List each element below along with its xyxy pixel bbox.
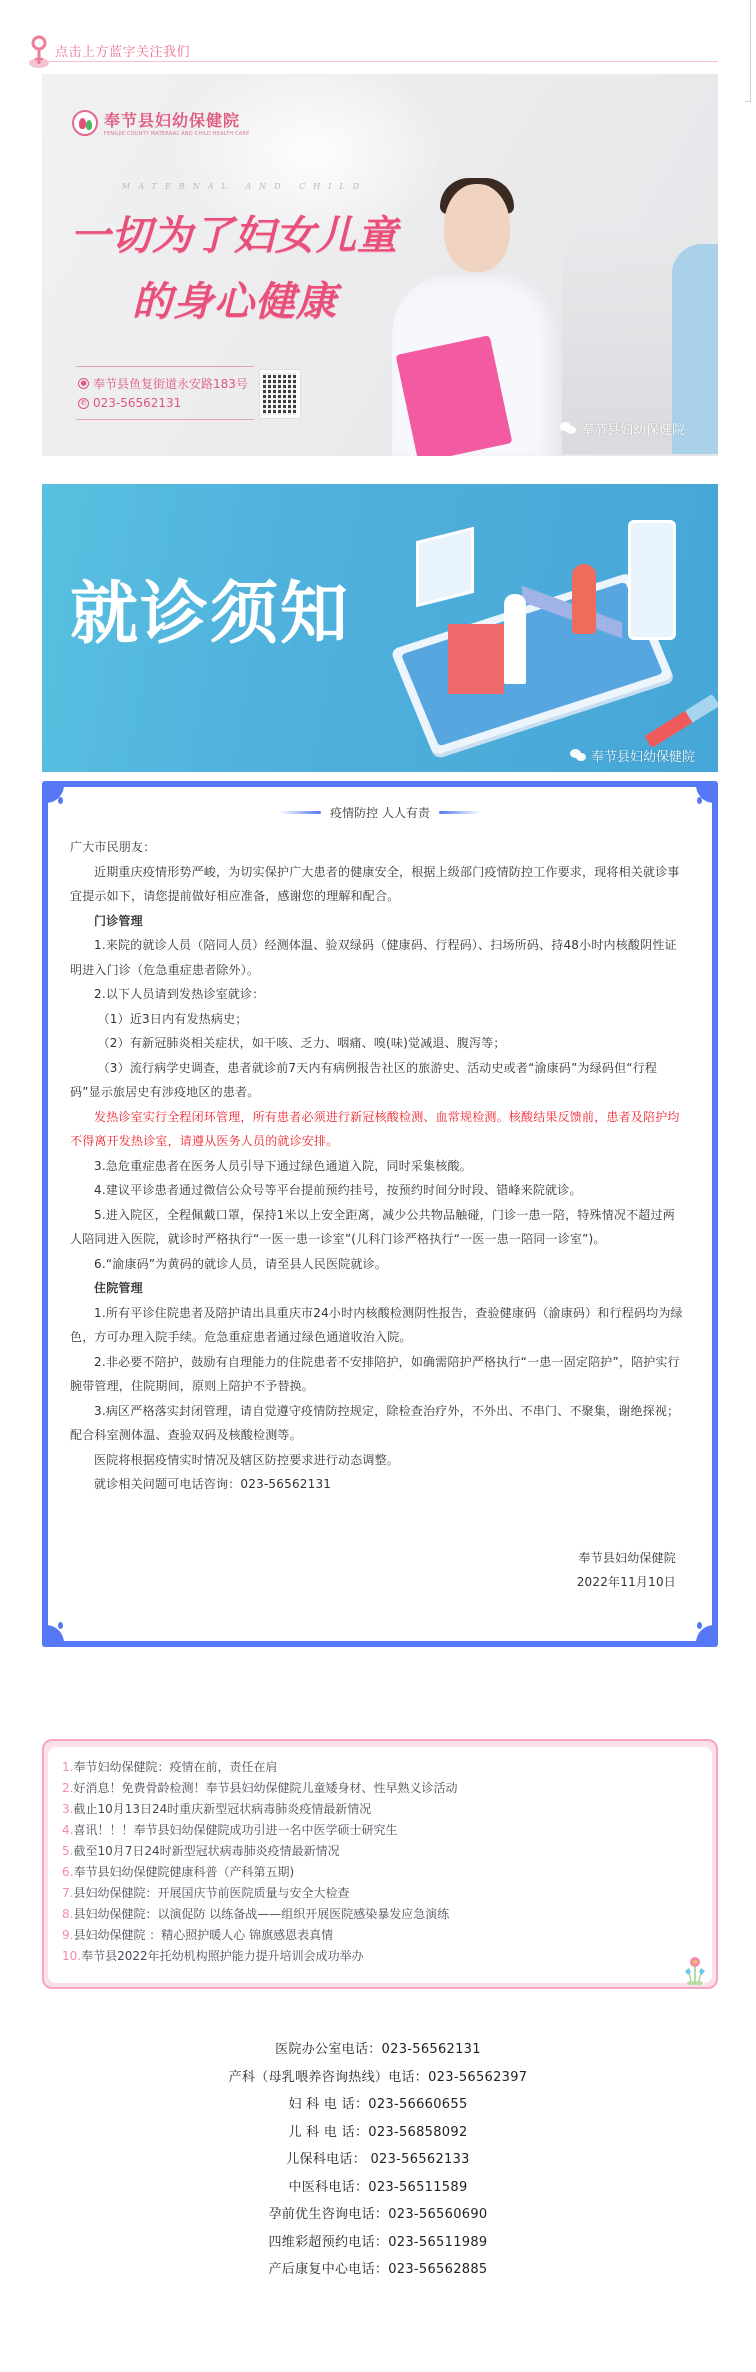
article-link[interactable]: 7.县妇幼保健院：开展国庆节前医院质量与安全大检查: [62, 1883, 712, 1904]
tagline-en: MATERNAL AND CHILD: [122, 182, 367, 191]
monitor-panel: [416, 527, 474, 607]
article-title[interactable]: 县妇幼保健院 ：精心照护暖人心 锦旗感恩表真情: [73, 1928, 333, 1942]
hero-banner: 奉节县妇幼保健院 FENGJIE COUNTY MATERNAL AND CHI…: [42, 74, 718, 456]
dot-decoration: [697, 1622, 702, 1629]
article-number: 8.: [62, 1907, 73, 1921]
page-scrollbar[interactable]: [750, 0, 751, 102]
dot-decoration: [58, 1622, 63, 1629]
follow-text[interactable]: 点击上方蓝字关注我们: [55, 41, 190, 60]
signature: 奉节县妇幼保健院: [70, 1546, 684, 1571]
medicine-cabinet: [448, 624, 504, 694]
outpatient-rule-6: 6.“渝康码”为黄码的就诊人员，请至县人民医院就诊。: [70, 1252, 684, 1277]
logo-name-cn: 奉节县妇幼保健院: [104, 108, 249, 131]
hospital-phone: 023-56562131: [93, 396, 181, 410]
article-title[interactable]: 奉节县2022年托幼机构照护能力提升培训会成功举办: [81, 1949, 364, 1963]
clinic-illustration: [412, 524, 712, 754]
outpatient-rule-3: 3.急危重症患者在医务人员引导下通过绿色通道入院，同时采集核酸。: [70, 1154, 684, 1179]
article-link[interactable]: 8.县妇幼保健院：以演促防 以练备战——组织开展医院感染暴发应急演练: [62, 1904, 712, 1925]
contact-obstetrics: 产科（母乳喂养咨询热线）电话：023-56562397: [0, 2064, 756, 2092]
outpatient-rule-2: 2.以下人员请到发热诊室就诊：: [70, 982, 684, 1007]
follow-prompt[interactable]: 点击上方蓝字关注我们: [29, 34, 718, 72]
article-title[interactable]: 县妇幼保健院：开展国庆节前医院质量与安全大检查: [73, 1886, 349, 1900]
qr-code: [260, 370, 300, 418]
article-title[interactable]: 县妇幼保健院：以演促防 以练备战——组织开展医院感染暴发应急演练: [73, 1907, 449, 1921]
flower-icon: [682, 1955, 708, 1985]
outpatient-rule-2b: （2）有新冠肺炎相关症状，如干咳、乏力、咽痛、嗅(味)觉减退、腹泻等；: [70, 1031, 684, 1056]
article-title[interactable]: 截至10月7日24时新型冠状病毒肺炎疫情最新情况: [73, 1844, 339, 1858]
dot-decoration: [58, 797, 63, 804]
contact-child-health: 儿保科电话： 023-56562133: [0, 2146, 756, 2174]
article-link[interactable]: 4.喜讯！！！奉节县妇幼保健院成功引进一名中医学硕士研究生: [62, 1820, 712, 1841]
article-number: 3.: [62, 1802, 73, 1816]
outpatient-rule-4: 4.建议平诊患者通过微信公众号等平台提前预约挂号，按预约时间分时段、错峰来院就诊…: [70, 1178, 684, 1203]
contact-office: 医院办公室电话：023-56562131: [0, 2036, 756, 2064]
article-title[interactable]: 喜讯！！！奉节县妇幼保健院成功引进一名中医学硕士研究生: [73, 1823, 397, 1837]
notice-card: 疫情防控 人人有责 广大市民朋友： 近期重庆疫情形势严峻，为切实保护广大患者的健…: [42, 781, 718, 1647]
notice-banner: 就诊须知 奉节县妇幼保健院: [42, 484, 718, 772]
watermark-text: 奉节县妇幼保健院: [581, 419, 685, 438]
outpatient-rule-2c: （3）流行病学史调查，患者就诊前7天内有病例报告社区的旅游史、活动史或者“渝康码…: [70, 1056, 684, 1105]
notice-date: 2022年11月10日: [70, 1570, 684, 1595]
syringe-icon: [644, 694, 718, 748]
article-link[interactable]: 5.截至10月7日24时新型冠状病毒肺炎疫情最新情况: [62, 1841, 712, 1862]
wechat-watermark: 奉节县妇幼保健院: [570, 746, 695, 765]
inpatient-rule-3: 3.病区严格落实封闭管理，请自觉遵守疫情防控规定，除检查治疗外，不外出、不串门、…: [70, 1399, 684, 1448]
hero-photo: [372, 184, 718, 456]
article-number: 1.: [62, 1760, 73, 1774]
contact-info: ● 奉节县鱼复街道永安路183号 ✆ 023-56562131: [76, 366, 254, 420]
inpatient-rule-2: 2.非必要不陪护，鼓励有自理能力的住院患者不安排陪护，如确需陪护严格执行“一患一…: [70, 1350, 684, 1399]
location-pin-icon: ●: [78, 378, 89, 389]
article-title[interactable]: 截止10月13日24时重庆新型冠状病毒肺炎疫情最新情况: [73, 1802, 371, 1816]
outpatient-rule-5: 5.进入院区，全程佩戴口罩，保持1米以上安全距离，减少公共物品触碰，门诊一患一陪…: [70, 1203, 684, 1252]
phone-icon: ✆: [78, 398, 89, 409]
heading-bar-left: [279, 811, 321, 814]
article-number: 5.: [62, 1844, 73, 1858]
heading-bar-right: [439, 811, 481, 814]
female-symbol-icon: [29, 34, 51, 68]
greeting: 广大市民朋友：: [70, 835, 684, 860]
dot-decoration: [697, 797, 702, 804]
article-title[interactable]: 奉节县妇幼保健院健康科普（产科第五期): [73, 1865, 294, 1879]
outpatient-rule-1: 1.来院的就诊人员（陪同人员）经测体温、验双绿码（健康码、行程码）、扫场所码、持…: [70, 933, 684, 982]
notice-body: 广大市民朋友： 近期重庆疫情形势严峻，为切实保护广大患者的健康安全，根据上级部门…: [70, 835, 684, 1595]
article-link[interactable]: 6.奉节县妇幼保健院健康科普（产科第五期): [62, 1862, 712, 1883]
hospital-logo: 奉节县妇幼保健院 FENGJIE COUNTY MATERNAL AND CHI…: [72, 108, 249, 137]
related-articles: 1.奉节妇幼保健院：疫情在前，责任在肩 2.好消息！免费骨龄检测！奉节县妇幼保健…: [42, 1739, 718, 1989]
watermark-text: 奉节县妇幼保健院: [591, 746, 695, 765]
contact-gynecology: 妇 科 电 话：023-56660655: [0, 2091, 756, 2119]
fever-clinic-warning: 发热诊室实行全程闭环管理，所有患者必须进行新冠核酸检测、血常规检测。核酸结果反馈…: [70, 1105, 684, 1154]
slogan-line-1: 一切为了妇女儿童: [70, 204, 398, 261]
wechat-icon: [570, 749, 588, 763]
notice-banner-title: 就诊须知: [70, 560, 350, 657]
article-link[interactable]: 1.奉节妇幼保健院：疫情在前，责任在肩: [62, 1757, 712, 1778]
notice-heading-text: 疫情防控 人人有责: [330, 804, 430, 821]
body-scan-panel: [628, 520, 676, 640]
intro-paragraph: 近期重庆疫情形势严峻，为切实保护广大患者的健康安全，根据上级部门疫情防控工作要求…: [70, 860, 684, 909]
article-number: 6.: [62, 1865, 73, 1879]
article-number: 7.: [62, 1886, 73, 1900]
contact-4d-ultrasound: 四维彩超预约电话：023-56511989: [0, 2229, 756, 2257]
inpatient-rule-1: 1.所有平诊住院患者及陪护请出具重庆市24小时内核酸检测阴性报告，查验健康码（渝…: [70, 1301, 684, 1350]
article-number: 2.: [62, 1781, 73, 1795]
logo-emblem-icon: [72, 110, 98, 136]
section-title-outpatient: 门诊管理: [70, 909, 684, 934]
outpatient-rule-2a: （1）近3日内有发热病史；: [70, 1007, 684, 1032]
logo-name-en: FENGJIE COUNTY MATERNAL AND CHILD HEALTH…: [104, 131, 249, 137]
dynamic-adjustment-note: 医院将根据疫情实时情况及辖区防控要求进行动态调整。: [70, 1448, 684, 1473]
doctor-face: [444, 184, 510, 272]
article-title[interactable]: 奉节妇幼保健院：疫情在前，责任在肩: [73, 1760, 277, 1774]
contact-postpartum-rehab: 产后康复中心电话：023-56562885: [0, 2256, 756, 2284]
follow-divider: [49, 61, 718, 62]
slogan-line-2: 的身心健康: [132, 270, 337, 327]
article-link[interactable]: 10.奉节县2022年托幼机构照护能力提升培训会成功举办: [62, 1946, 712, 1967]
contact-preconception: 孕前优生咨询电话：023-56560690: [0, 2201, 756, 2229]
patient-figure: [572, 564, 596, 634]
article-number: 9.: [62, 1928, 73, 1942]
notice-heading: 疫情防控 人人有责: [48, 804, 712, 821]
article-link[interactable]: 9.县妇幼保健院 ：精心照护暖人心 锦旗感恩表真情: [62, 1925, 712, 1946]
article-link[interactable]: 3.截止10月13日24时重庆新型冠状病毒肺炎疫情最新情况: [62, 1799, 712, 1820]
wechat-watermark: 奉节县妇幼保健院: [560, 419, 685, 438]
department-contacts: 医院办公室电话：023-56562131 产科（母乳喂养咨询热线）电话：023-…: [0, 2036, 756, 2284]
consult-phone: 就诊相关问题可电话咨询：023-56562131: [70, 1472, 684, 1497]
doctor-figure: [504, 594, 526, 684]
article-link[interactable]: 2.好消息！免费骨龄检测！奉节县妇幼保健院儿童矮身材、性早熟义诊活动: [62, 1778, 712, 1799]
contact-tcm: 中医科电话：023-56511589: [0, 2174, 756, 2202]
article-number: 4.: [62, 1823, 73, 1837]
hospital-address: 奉节县鱼复街道永安路183号: [93, 375, 248, 392]
article-title[interactable]: 好消息！免费骨龄检测！奉节县妇幼保健院儿童矮身材、性早熟义诊活动: [73, 1781, 457, 1795]
article-number: 10.: [62, 1949, 81, 1963]
section-title-inpatient: 住院管理: [70, 1276, 684, 1301]
contact-pediatrics: 儿 科 电 话：023-56858092: [0, 2119, 756, 2147]
wechat-icon: [560, 422, 578, 436]
